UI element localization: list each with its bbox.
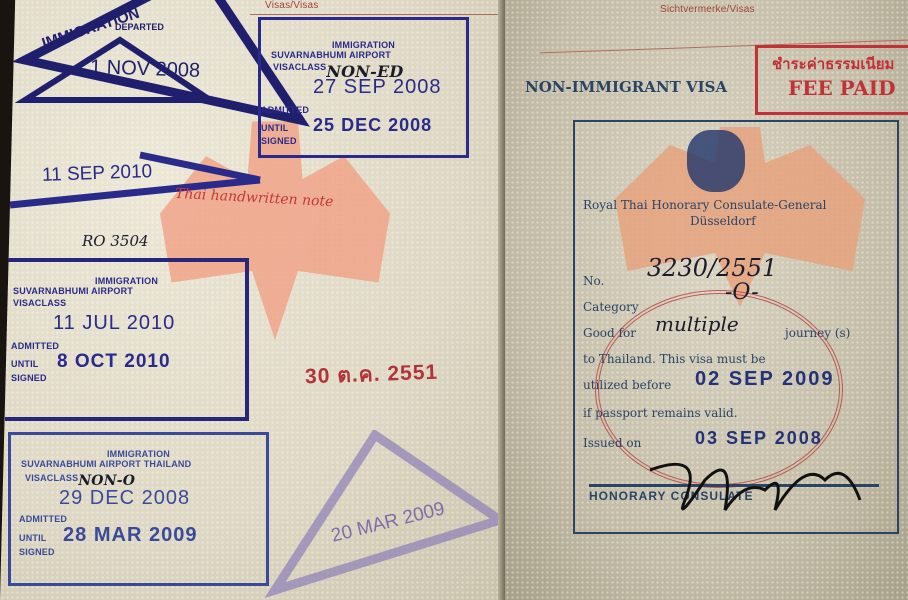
visa-stamp-box: Royal Thai Honorary Consulate-General Dü… — [573, 120, 899, 534]
visa-entries: multiple — [655, 312, 739, 336]
arrival-date-2: 11 JUL 2010 — [53, 312, 245, 335]
visa-city: Düsseldorf — [690, 214, 756, 228]
until-date-3: 28 MAR 2009 — [63, 524, 197, 546]
departed-label: DEPARTED — [115, 22, 164, 32]
page-header-right: Sichtvermerke/Visas — [660, 4, 755, 15]
passport-photo: Visas/Visas IMMIGRATION DEPARTED 1 NOV 2… — [0, 0, 908, 600]
visa-issuer: Royal Thai Honorary Consulate-General — [583, 198, 827, 212]
until-date-2: 8 OCT 2010 — [57, 351, 171, 372]
visa-number: 3230/2551 — [647, 254, 777, 282]
red-stamp-date: 30 ต.ค. 2551 — [304, 356, 438, 394]
fee-paid-stamp: ชำระค่าธรรมเนียม FEE PAID — [755, 45, 908, 115]
arrival-stamp-1: IMMIGRATION SUVARNABHUMI AIRPORT VISACLA… — [258, 17, 469, 158]
arrival-stamp-3: IMMIGRATION SUVARNABHUMI AIRPORT THAILAN… — [8, 432, 269, 586]
visa-title: NON-IMMIGRANT VISA — [525, 78, 727, 96]
garuda-emblem-icon — [687, 130, 745, 192]
handwritten-visa-class-2: RO 3504 — [82, 232, 149, 250]
right-page: Sichtvermerke/Visas NON-IMMIGRANT VISA ช… — [505, 0, 908, 600]
departure-date-1: 1 NOV 2008 — [90, 56, 201, 83]
arrival-stamp-2: IMMIGRATION SUVARNABHUMI AIRPORT VISACLA… — [5, 258, 249, 421]
arrival-date-3: 29 DEC 2008 — [59, 487, 266, 510]
until-date-1: 25 DEC 2008 — [313, 115, 432, 135]
consul-signature — [645, 440, 875, 530]
visa-category: -O- — [725, 280, 759, 305]
left-page: Visas/Visas IMMIGRATION DEPARTED 1 NOV 2… — [0, 0, 505, 600]
visa-valid-until: 02 SEP 2009 — [695, 368, 835, 391]
